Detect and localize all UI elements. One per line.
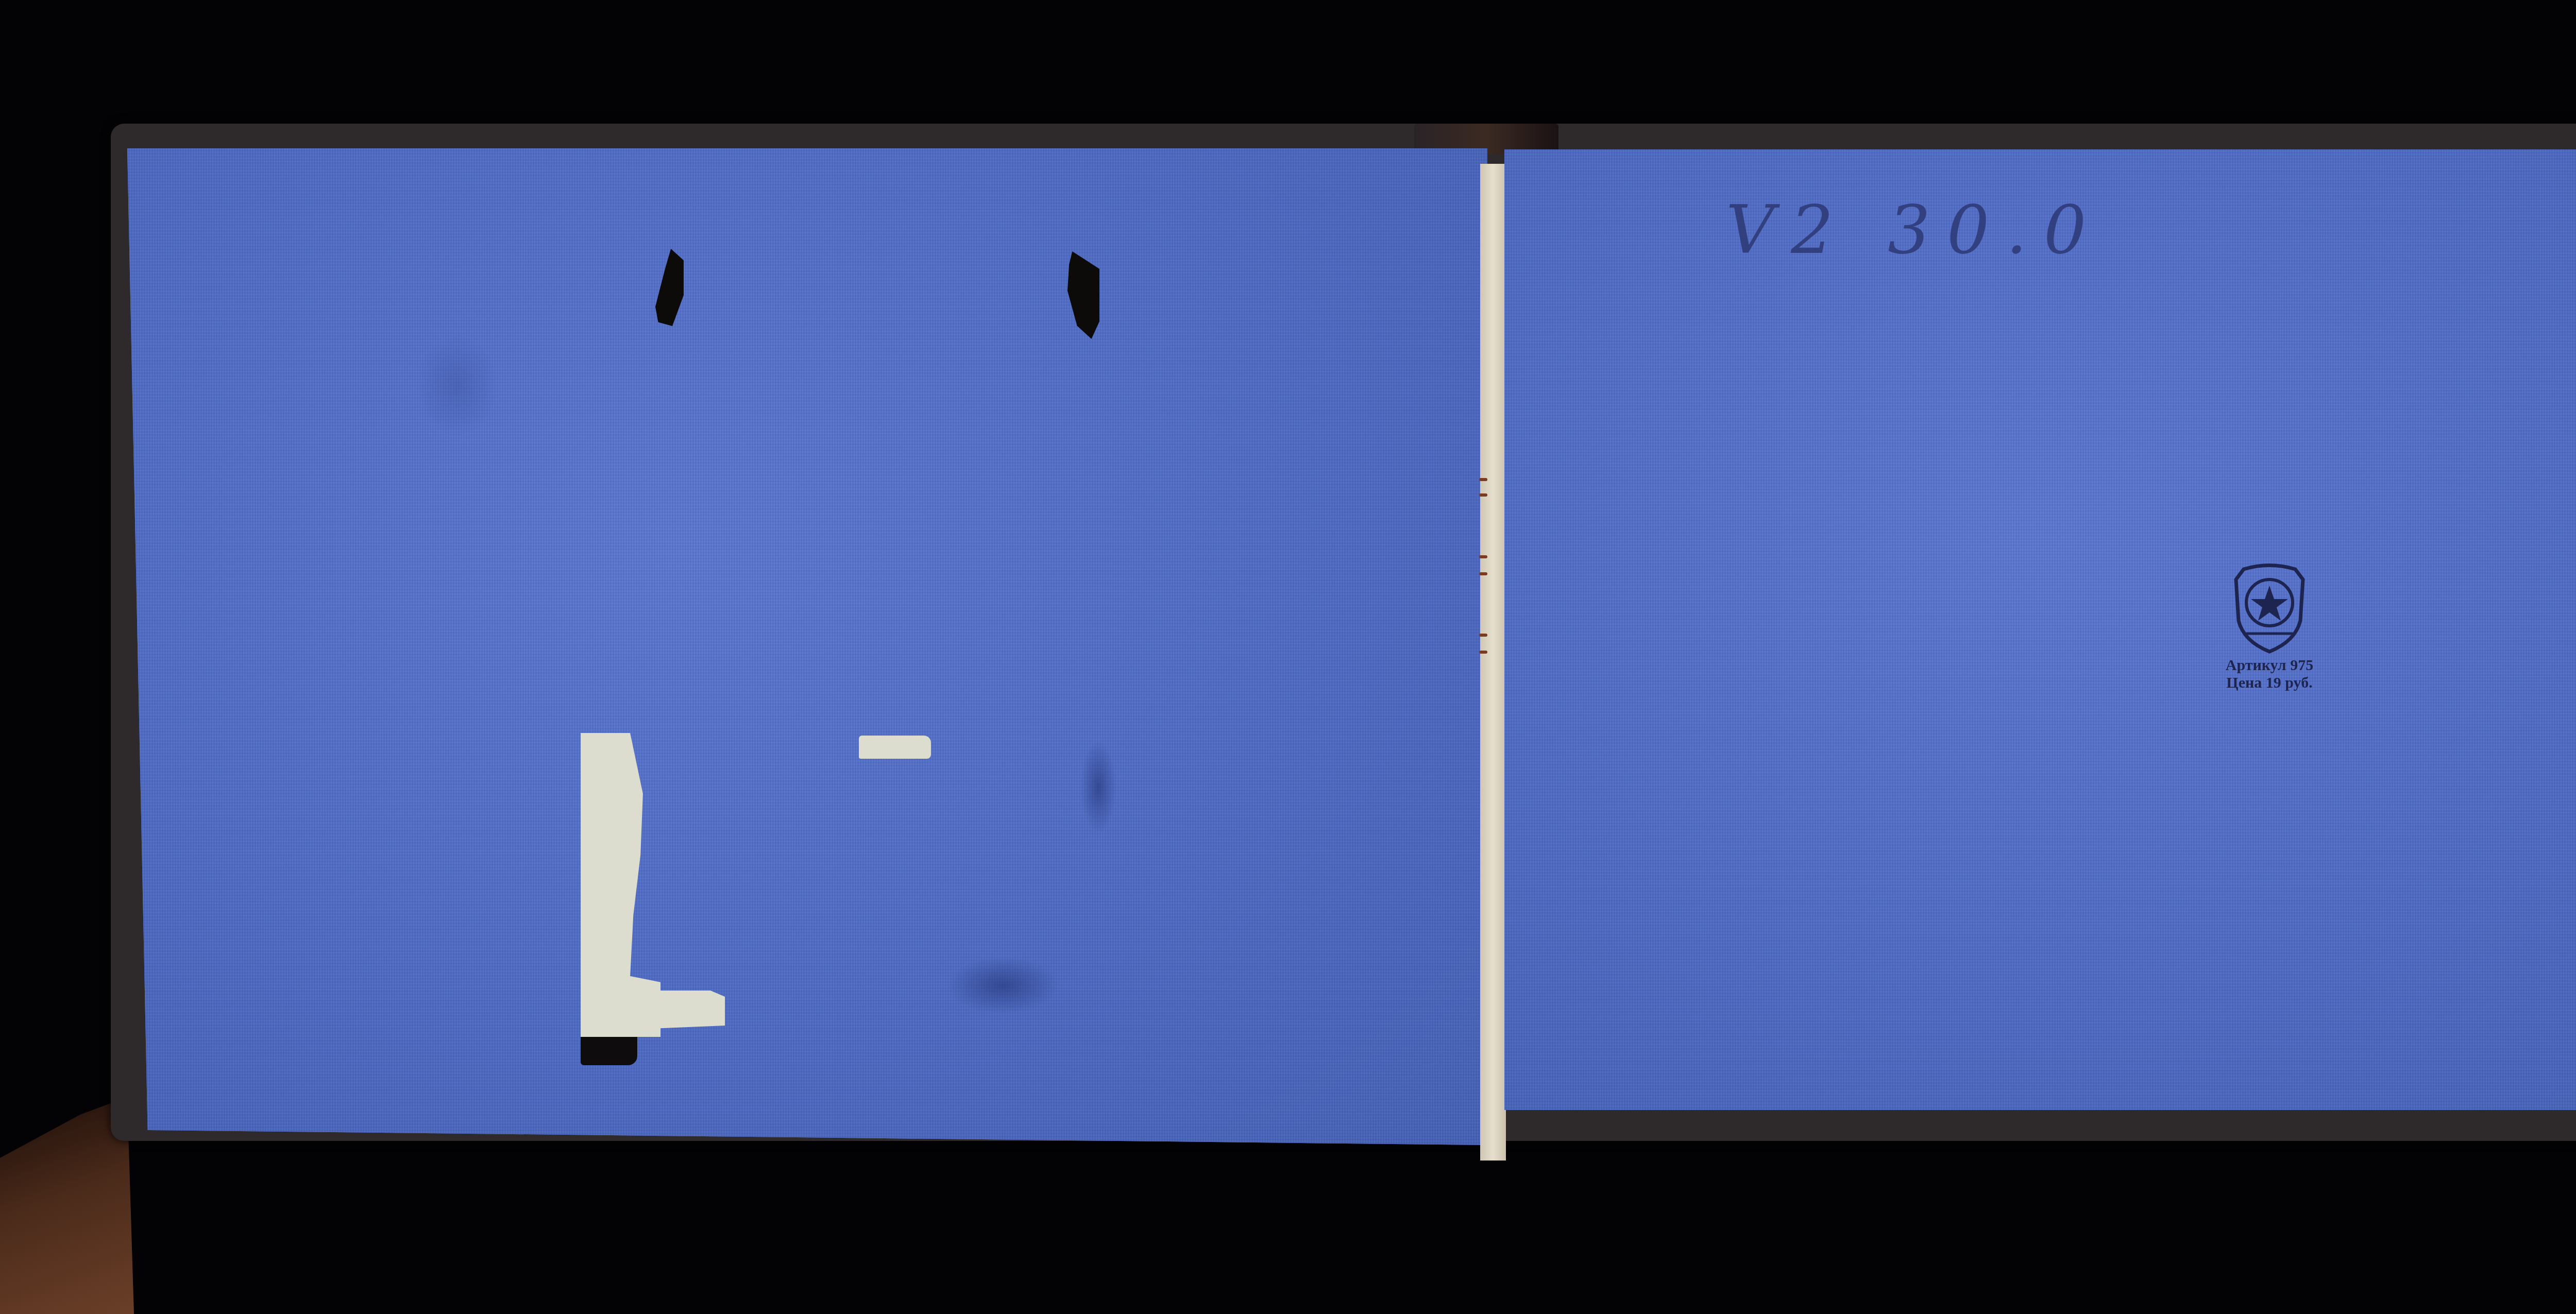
article-number: Артикул 975 (2226, 657, 2313, 674)
dedication-label: За дружбу на вечные времена (752, 1185, 1174, 1235)
torn-hole-icon (1067, 251, 1099, 339)
stitch-mark (1479, 478, 1487, 481)
ink-stain (946, 957, 1060, 1014)
price-text: Цена 19 руб. (2226, 674, 2312, 692)
publisher-stamp: Артикул 975 Цена 19 руб. (2218, 559, 2321, 713)
ink-stain (1080, 741, 1116, 833)
torn-hole-icon (655, 249, 684, 326)
spine-gutter (1480, 164, 1506, 1161)
cloth-wear-mark (416, 334, 498, 437)
peeled-paper-patch (859, 736, 931, 759)
star-emblem-icon (2223, 559, 2316, 657)
stitch-mark (1479, 572, 1487, 575)
front-cover: V2 30.0 Артикул 975 Цена 19 руб. (1504, 149, 2576, 1110)
peeled-paper-patch-foot (581, 991, 725, 1032)
dedication-text: За дружбу на вечные времена (721, 1193, 1205, 1226)
back-cover: За дружбу на вечные времена (127, 148, 1487, 1145)
stitch-mark (1479, 493, 1487, 497)
pencil-note: V2 30.0 (1726, 191, 2103, 269)
stitch-mark (1479, 555, 1487, 558)
stitch-mark (1479, 634, 1487, 637)
stitch-mark (1479, 651, 1487, 654)
open-album: За дружбу на вечные времена V2 30.0 Арти… (111, 124, 2576, 1141)
